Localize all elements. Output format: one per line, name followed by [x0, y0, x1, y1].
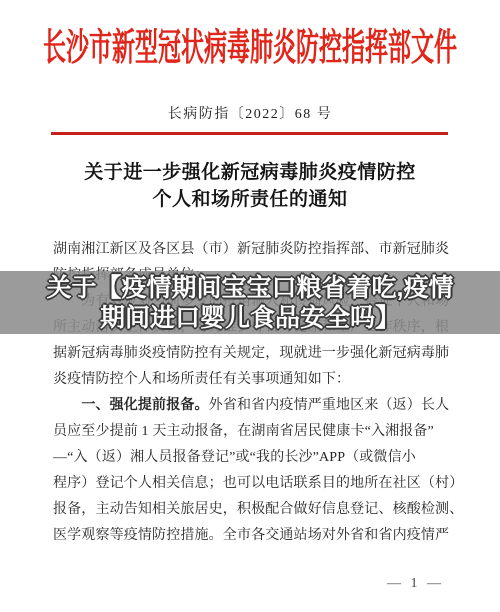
body-line: —“入（返）湘人员报备登记”或“我的长沙”APP（或微信小 — [53, 445, 453, 471]
letterhead-title: 长沙市新型冠状病毒肺炎防控指挥部文件 — [43, 17, 457, 70]
document-title-line2: 个人和场所责任的通知 — [0, 186, 500, 213]
body-line: 报备，主动告知相关旅居史，积极配合做好信息登记、核酸检测、 — [53, 497, 453, 523]
letterhead: 长沙市新型冠状病毒肺炎防控指挥部文件 — [0, 20, 500, 68]
document-page: 长沙市新型冠状病毒肺炎防控指挥部文件 长病防指〔2022〕68 号 关于进一步强… — [0, 0, 500, 612]
body-line: 医学观察等疫情防控措施。全市各交通站场对外省和省内疫情严 — [53, 523, 453, 549]
document-title-line1: 关于进一步强化新冠病毒肺炎疫情防控 — [0, 159, 500, 186]
body-line: 湖南湘江新区及各区县（市）新冠肺炎防控指挥部、市新冠肺炎 — [53, 237, 453, 263]
caption-line2: 期间进口婴儿食品安全吗】 — [100, 303, 400, 333]
body-line: 据新冠病毒肺炎疫情防控有关规定，现就进一步强化新冠病毒肺 — [53, 341, 453, 367]
body-line: 程序）登记个人相关信息；也可以电话联系目的地所在社区（村） — [53, 471, 453, 497]
document-number: 长病防指〔2022〕68 号 — [0, 103, 500, 123]
document-title: 关于进一步强化新冠病毒肺炎疫情防控 个人和场所责任的通知 — [0, 159, 500, 213]
body-line: 一、强化提前报备。外省和省内疫情严重地区来（返）长人 — [53, 393, 453, 419]
body-line: 员应至少提前 1 天主动报备，在湖南省居民健康卡“入湘报备” — [53, 419, 453, 445]
letterhead-divider — [51, 132, 448, 135]
body-line: 炎疫情防控个人和场所责任有关事项通知如下： — [53, 367, 453, 393]
caption-line1: 关于【疫情期间宝宝口粮省着吃,疫情 — [47, 273, 454, 303]
page-number: — 1 — — [387, 576, 444, 592]
caption-overlay: 关于【疫情期间宝宝口粮省着吃,疫情 期间进口婴儿食品安全吗】 — [0, 271, 500, 334]
